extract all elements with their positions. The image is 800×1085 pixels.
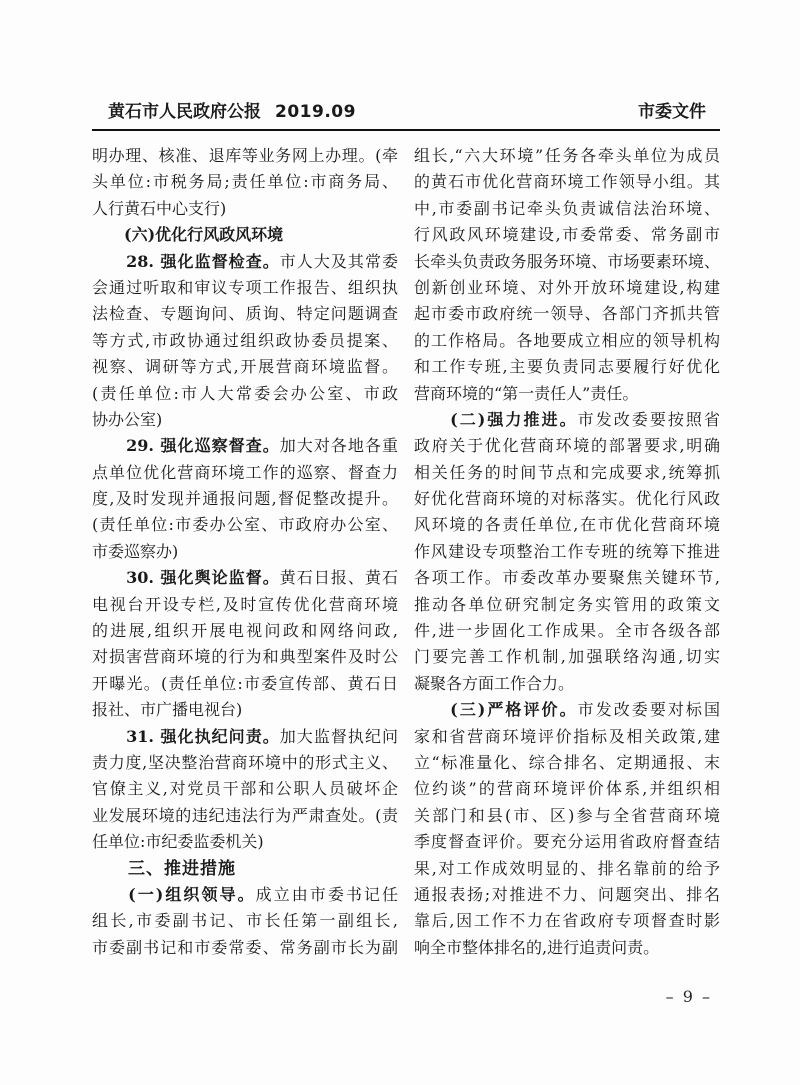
text-segment: 开曝光。(责任单位:市委宣传部、黄石日 [92,674,398,693]
header-left: 黄石市人民政府公报2019.09 [108,102,356,123]
text-line: 各项工作。市委改革办要聚焦关键环节, [414,565,720,591]
text-line: 和工作专班,主要负责同志要履行好优化 [414,354,720,380]
text-segment: 营商环境的“第一责任人”责任。 [414,384,638,403]
text-line: (三)严格评价。市发改委要对标国 [414,697,720,723]
text-segment: 的进展,组织开展电视问政和网络问政, [92,621,398,640]
text-line: 28. 强化监督检查。市人大及其常委 [92,249,398,275]
text-segment: 组长,“六大环境”任务各牵头单位为成员 [414,146,720,165]
text-segment: 点单位优化营商环境工作的巡察、督查力 [92,463,398,482]
text-line: 等方式,市政协通过组织政协委员提案、 [92,328,398,354]
gazette-title: 黄石市人民政府公报 [108,102,261,122]
text-segment: 市委副书记和市委常委、常务副市长为副 [92,938,398,957]
text-line: 好优化营商环境的对标落实。优化行风政 [414,486,720,512]
text-segment: 任单位:市纪委监委机关) [92,832,264,851]
text-line: 件,进一步固化工作成果。全市各级各部 [414,618,720,644]
text-line: 中,市委副书记牵头负责诚信法治环境、 [414,196,720,222]
text-segment: 协办公室) [92,410,162,429]
text-line: 组长,“六大环境”任务各牵头单位为成员 [414,143,720,169]
text-segment: 推动各单位研究制定务实管用的政策文 [414,595,720,614]
text-line: 业发展环境的违纪违法行为严肃查处。(责 [92,803,398,829]
text-line: 政府关于优化营商环境的部署要求,明确 [414,433,720,459]
text-line: 市委巡察办) [92,539,398,565]
text-segment: 作风建设专项整治工作专班的统筹下推进 [414,542,720,561]
text-segment: 30. 强化舆论监督。 [92,568,280,587]
text-segment: 人行黄石中心支行) [92,199,226,218]
text-line: 长牵头负责政务服务环境、市场要素环境、 [414,249,720,275]
text-segment: 和工作专班,主要负责同志要履行好优化 [414,357,720,376]
text-line: 作风建设专项整治工作专班的统筹下推进 [414,539,720,565]
text-segment: 立“标准量化、综合排名、定期通报、末 [414,753,720,772]
text-segment: 通报表扬;对推进不力、问题突出、排名 [414,885,720,904]
text-segment: 头单位:市税务局;责任单位:市商务局、 [92,172,398,191]
text-segment: 家和省营商环境评价指标及相关政策,建 [414,727,720,746]
text-line: 任单位:市纪委监委机关) [92,829,398,855]
text-segment: 组长,市委副书记、市长任第一副组长, [92,911,398,930]
text-line: 的工作格局。各地要成立相应的领导机构 [414,328,720,354]
text-segment: 业发展环境的违纪违法行为严肃查处。(责 [92,806,398,825]
text-line: 凝聚各方面工作合力。 [414,671,720,697]
text-line: 风环境的各责任单位,在市优化营商环境 [414,512,720,538]
text-segment: 会通过听取和审议专项工作报告、组织执 [92,278,398,297]
text-line: 果,对工作成效明显的、排名靠前的给予 [414,856,720,882]
text-line: 关部门和县(市、区)参与全省营商环境 [414,803,720,829]
text-segment: (责任单位:市人大常委会办公室、市政 [92,384,398,403]
text-line: 创新创业环境、对外开放环境建设,构建 [414,275,720,301]
document-category: 市委文件 [638,102,706,123]
right-column: 组长,“六大环境”任务各牵头单位为成员的黄石市优化营商环境工作领导小组。其中,市… [414,143,720,961]
text-line: 季度督查评价。要充分运用省政府督查结 [414,829,720,855]
text-line: 人行黄石中心支行) [92,196,398,222]
text-line: 30. 强化舆论监督。黄石日报、黄石 [92,565,398,591]
page-number: – 9 – [666,987,712,1006]
text-line: 对损害营商环境的行为和典型案件及时公 [92,644,398,670]
header-rule [92,129,720,131]
text-segment: 响全市整体排名的,进行追责问责。 [414,938,659,957]
text-line: 官僚主义,对党员干部和公职人员破坏企 [92,776,398,802]
text-line: (二)强力推进。市发改委要按照省 [414,407,720,433]
text-segment: 加大对各地各重 [280,436,398,455]
issue-date: 2019.09 [275,102,356,122]
text-segment: 起市委市政府统一领导、各部门齐抓共管 [414,304,720,323]
text-segment: 件,进一步固化工作成果。全市各级各部 [414,621,720,640]
text-line: 法检查、专题询问、质询、特定问题调查 [92,301,398,327]
page-footer: – 9 – [92,987,720,1006]
text-segment: 度,及时发现并通报问题,督促整改提升。 [92,489,398,508]
text-segment: 31. 强化执纪问责。 [92,727,280,746]
text-line: 响全市整体排名的,进行追责问责。 [414,935,720,961]
text-line: 31. 强化执纪问责。加大监督执纪问 [92,724,398,750]
text-line: (责任单位:市委办公室、市政府办公室、 [92,512,398,538]
text-segment: 28. 强化监督检查。 [92,252,280,271]
text-segment: 行风政风环境建设,市委常委、常务副市 [414,225,720,244]
text-line: (一)组织领导。成立由市委书记任 [92,882,398,908]
text-segment: 好优化营商环境的对标落实。优化行风政 [414,489,720,508]
text-segment: 成立由市委书记任 [256,885,398,904]
text-segment: 法检查、专题询问、质询、特定问题调查 [92,304,398,323]
document-body: 明办理、核准、退库等业务网上办理。(牵头单位:市税务局;责任单位:市商务局、人行… [92,143,720,961]
text-segment: (二)强力推进。 [414,410,578,429]
text-line: 三、推进措施 [92,856,398,882]
text-segment: 市委巡察办) [92,542,178,561]
text-segment: 市发改委要按照省 [578,410,720,429]
text-segment: (责任单位:市委办公室、市政府办公室、 [92,515,398,534]
text-segment: 凝聚各方面工作合力。 [414,674,574,693]
text-segment: 明办理、核准、退库等业务网上办理。(牵 [92,146,398,165]
text-line: 门要完善工作机制,加强联络沟通,切实 [414,644,720,670]
text-line: 位约谈”的营商环境评价体系,并组织相 [414,776,720,802]
text-segment: 加大监督执纪问 [280,727,398,746]
text-segment: 关部门和县(市、区)参与全省营商环境 [414,806,720,825]
text-segment: 的黄石市优化营商环境工作领导小组。其 [414,172,720,191]
text-line: 协办公室) [92,407,398,433]
text-line: (责任单位:市人大常委会办公室、市政 [92,381,398,407]
text-segment: 季度督查评价。要充分运用省政府督查结 [414,832,720,851]
text-line: 报社、市广播电视台) [92,697,398,723]
text-line: 家和省营商环境评价指标及相关政策,建 [414,724,720,750]
text-line: 度,及时发现并通报问题,督促整改提升。 [92,486,398,512]
text-segment: 相关任务的时间节点和完成要求,统筹抓 [414,463,720,482]
text-segment: 电视台开设专栏,及时宣传优化营商环境 [92,595,398,614]
text-line: 开曝光。(责任单位:市委宣传部、黄石日 [92,671,398,697]
text-segment: 29. 强化巡察督查。 [92,436,280,455]
text-line: 29. 强化巡察督查。加大对各地各重 [92,433,398,459]
text-line: 靠后,因工作不力在省政府专项督查时影 [414,908,720,934]
text-line: 营商环境的“第一责任人”责任。 [414,381,720,407]
text-segment: 对损害营商环境的行为和典型案件及时公 [92,647,398,666]
document-page: 黄石市人民政府公报2019.09 市委文件 明办理、核准、退库等业务网上办理。(… [0,0,800,1085]
text-line: 的黄石市优化营商环境工作领导小组。其 [414,169,720,195]
text-segment: (三)严格评价。 [414,700,578,719]
text-segment: 风环境的各责任单位,在市优化营商环境 [414,515,720,534]
text-line: 立“标准量化、综合排名、定期通报、末 [414,750,720,776]
text-line: (六)优化行风政风环境 [92,222,398,248]
text-line: 市委副书记和市委常委、常务副市长为副 [92,935,398,961]
text-segment: 位约谈”的营商环境评价体系,并组织相 [414,779,720,798]
text-line: 通报表扬;对推进不力、问题突出、排名 [414,882,720,908]
text-segment: 市发改委要对标国 [578,700,720,719]
text-line: 的进展,组织开展电视问政和网络问政, [92,618,398,644]
page-header: 黄石市人民政府公报2019.09 市委文件 [92,0,720,129]
text-segment: 各项工作。市委改革办要聚焦关键环节, [414,568,720,587]
text-line: 头单位:市税务局;责任单位:市商务局、 [92,169,398,195]
text-segment: 市人大及其常委 [280,252,398,271]
text-segment: 黄石日报、黄石 [280,568,398,587]
text-segment: 官僚主义,对党员干部和公职人员破坏企 [92,779,398,798]
text-segment: 果,对工作成效明显的、排名靠前的给予 [414,859,720,878]
text-segment: 视察、调研等方式,开展营商环境监督。 [92,357,398,376]
text-line: 明办理、核准、退库等业务网上办理。(牵 [92,143,398,169]
text-segment: 的工作格局。各地要成立相应的领导机构 [414,331,720,350]
text-segment: 报社、市广播电视台) [92,700,242,719]
text-line: 电视台开设专栏,及时宣传优化营商环境 [92,592,398,618]
text-line: 相关任务的时间节点和完成要求,统筹抓 [414,460,720,486]
text-segment: 长牵头负责政务服务环境、市场要素环境、 [414,252,720,271]
text-line: 起市委市政府统一领导、各部门齐抓共管 [414,301,720,327]
text-segment: 靠后,因工作不力在省政府专项督查时影 [414,911,720,930]
text-line: 会通过听取和审议专项工作报告、组织执 [92,275,398,301]
text-segment: 等方式,市政协通过组织政协委员提案、 [92,331,398,350]
text-segment: 政府关于优化营商环境的部署要求,明确 [414,436,720,455]
text-segment: 门要完善工作机制,加强联络沟通,切实 [414,647,720,666]
text-line: 责力度,坚决整治营商环境中的形式主义、 [92,750,398,776]
text-segment: (六)优化行风政风环境 [92,225,283,244]
text-line: 视察、调研等方式,开展营商环境监督。 [92,354,398,380]
text-segment: 三、推进措施 [92,859,236,879]
left-column: 明办理、核准、退库等业务网上办理。(牵头单位:市税务局;责任单位:市商务局、人行… [92,143,398,961]
text-line: 组长,市委副书记、市长任第一副组长, [92,908,398,934]
text-line: 点单位优化营商环境工作的巡察、督查力 [92,460,398,486]
text-segment: 创新创业环境、对外开放环境建设,构建 [414,278,720,297]
text-segment: 责力度,坚决整治营商环境中的形式主义、 [92,753,398,772]
text-line: 推动各单位研究制定务实管用的政策文 [414,592,720,618]
text-segment: (一)组织领导。 [92,885,256,904]
text-line: 行风政风环境建设,市委常委、常务副市 [414,222,720,248]
text-segment: 中,市委副书记牵头负责诚信法治环境、 [414,199,720,218]
